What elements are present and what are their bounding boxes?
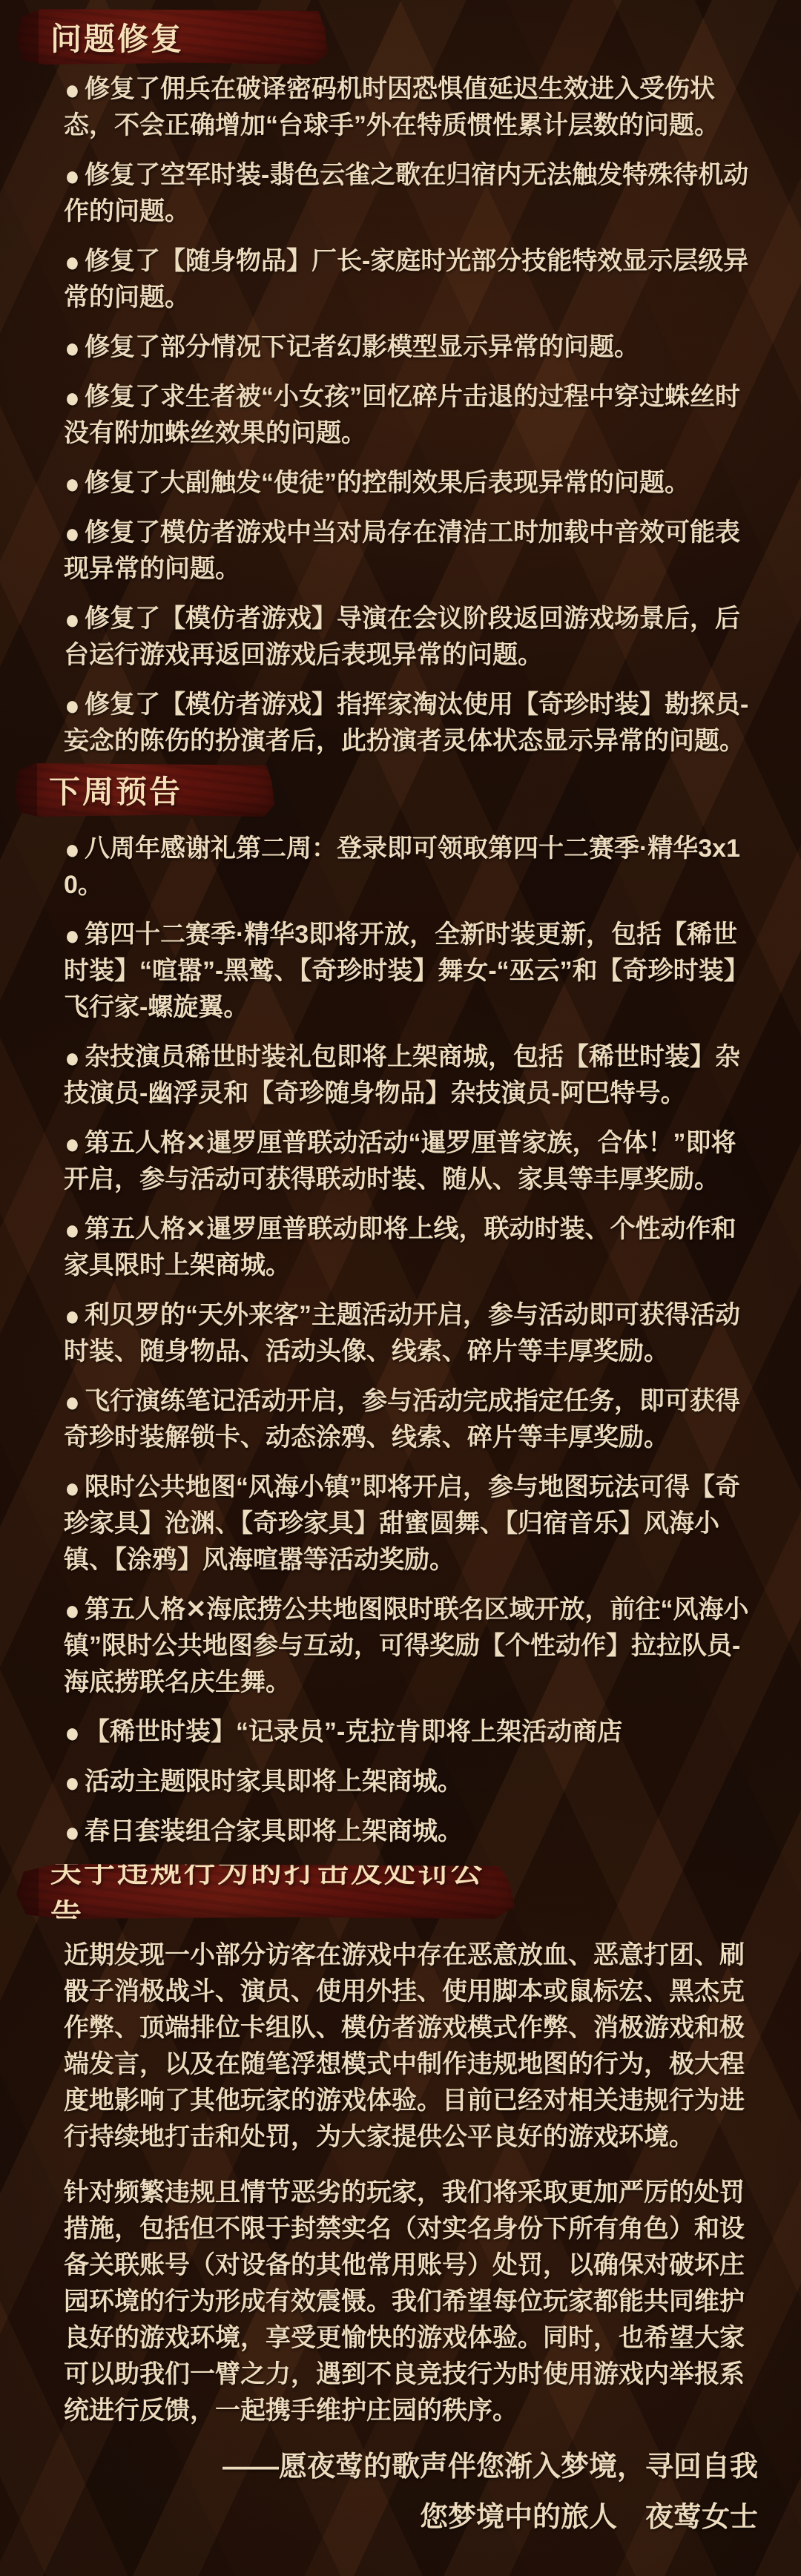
announcement-paragraph: 近期发现一小部分访客在游戏中存在恶意放血、恶意打团、刷骰子消极战斗、演员、使用外… bbox=[64, 1937, 758, 2155]
bullet-item: ●修复了部分情况下记者幻影模型显示异常的问题。 bbox=[64, 329, 758, 366]
bullet-item: ●八周年感谢礼第二周：登录即可领取第四十二赛季·精华3x10。 bbox=[64, 831, 758, 903]
bullet-icon: ● bbox=[65, 1389, 80, 1417]
bullet-item: ●春日套装组合家具即将上架商城。 bbox=[64, 1814, 758, 1850]
section-header-fixes: 问题修复 bbox=[16, 9, 328, 65]
bullet-item: ●修复了模仿者游戏中当对局存在清洁工时加载中音效可能表现异常的问题。 bbox=[64, 515, 758, 587]
section-header-announcement: 关于违规行为的打击及处罚公告 bbox=[16, 1864, 515, 1919]
signature-block: ——愿夜莺的歌声伴您渐入梦境，寻回自我 您梦境中的旅人 夜莺女士 bbox=[64, 2448, 758, 2537]
bullet-icon: ● bbox=[65, 836, 80, 864]
bullet-item-text: 第五人格✕暹罗厘普联动即将上线，联动时装、个性动作和家具限时上架商城。 bbox=[64, 1215, 736, 1279]
bullet-icon: ● bbox=[65, 1769, 80, 1797]
section-header-preview: 下周预告 bbox=[15, 763, 274, 817]
bullet-icon: ● bbox=[65, 606, 80, 634]
bullet-icon: ● bbox=[65, 1819, 80, 1847]
bullet-item-text: 修复了【模仿者游戏】指挥家淘汰使用【奇珍时装】勘探员-妄念的陈伤的扮演者后，此扮… bbox=[64, 691, 748, 755]
bullet-icon: ● bbox=[65, 76, 80, 105]
bullet-item-text: 修复了空军时装-翡色云雀之歌在归宿内无法触发特殊待机动作的问题。 bbox=[64, 161, 748, 225]
bullet-icon: ● bbox=[65, 922, 80, 950]
bullet-icon: ● bbox=[65, 1302, 80, 1331]
bullet-item-text: 修复了【模仿者游戏】导演在会议阶段返回游戏场景后，后台运行游戏再返回游戏后表现异… bbox=[64, 605, 740, 669]
bullet-item: ●第五人格✕海底捞公共地图限时联名区域开放，前往“风海小镇”限时公共地图参与互动… bbox=[64, 1592, 758, 1701]
bullet-icon: ● bbox=[65, 1130, 80, 1159]
bullet-item: ●杂技演员稀世时装礼包即将上架商城，包括【稀世时装】杂技演员-幽浮灵和【奇珍随身… bbox=[64, 1039, 758, 1112]
bullet-item: ●第四十二赛季·精华3即将开放，全新时装更新，包括【稀世时装】“喧嚣”-黑鹫、【… bbox=[64, 917, 758, 1026]
bullet-icon: ● bbox=[65, 1216, 80, 1245]
bullet-item: ●修复了【随身物品】厂长-家庭时光部分技能特效显示层级异常的问题。 bbox=[64, 243, 758, 316]
bullet-item: ●修复了【模仿者游戏】指挥家淘汰使用【奇珍时装】勘探员-妄念的陈伤的扮演者后，此… bbox=[64, 687, 758, 760]
bullet-item: ●修复了【模仿者游戏】导演在会议阶段返回游戏场景后，后台运行游戏再返回游戏后表现… bbox=[64, 601, 758, 673]
fixes-list: ●修复了佣兵在破译密码机时因恐惧值延迟生效进入受伤状态，不会正确增加“台球手”外… bbox=[64, 71, 758, 773]
bullet-item-text: 春日套装组合家具即将上架商城。 bbox=[85, 1817, 463, 1845]
signature-quote: ——愿夜莺的歌声伴您渐入梦境，寻回自我 bbox=[64, 2448, 758, 2486]
bullet-item-text: 【稀世时装】“记录员”-克拉肯即将上架活动商店 bbox=[85, 1718, 622, 1746]
bullet-item: ●利贝罗的“天外来客”主题活动开启，参与活动即可获得活动时装、随身物品、活动头像… bbox=[64, 1297, 758, 1370]
bullet-icon: ● bbox=[65, 248, 80, 277]
announcement-paragraph: 针对频繁违规且情节恶劣的玩家，我们将采取更加严厉的处罚措施，包括但不限于封禁实名… bbox=[64, 2175, 758, 2429]
bullet-item-text: 第四十二赛季·精华3即将开放，全新时装更新，包括【稀世时装】“喧嚣”-黑鹫、【奇… bbox=[64, 920, 749, 1021]
preview-list: ●八周年感谢礼第二周：登录即可领取第四十二赛季·精华3x10。 ●第四十二赛季·… bbox=[64, 831, 758, 1863]
bullet-item-text: 修复了大副触发“使徒”的控制效果后表现异常的问题。 bbox=[85, 469, 690, 497]
bullet-icon: ● bbox=[65, 1597, 80, 1625]
bullet-item: ●修复了空军时装-翡色云雀之歌在归宿内无法触发特殊待机动作的问题。 bbox=[64, 157, 758, 230]
bullet-icon: ● bbox=[65, 1044, 80, 1073]
signature-author: 您梦境中的旅人 夜莺女士 bbox=[64, 2498, 758, 2537]
bullet-item: ●第五人格✕暹罗厘普联动活动“暹罗厘普家族，合体！”即将开启，参与活动可获得联动… bbox=[64, 1125, 758, 1198]
bullet-item-text: 第五人格✕暹罗厘普联动活动“暹罗厘普家族，合体！”即将开启，参与活动可获得联动时… bbox=[64, 1129, 736, 1193]
bullet-item-text: 八周年感谢礼第二周：登录即可领取第四十二赛季·精华3x10。 bbox=[64, 834, 740, 899]
bullet-item-text: 修复了【随身物品】厂长-家庭时光部分技能特效显示层级异常的问题。 bbox=[64, 247, 748, 312]
announcement-page: { "page": { "background_color": "#261107… bbox=[0, 0, 801, 2576]
section-title-fixes: 问题修复 bbox=[50, 15, 184, 59]
bullet-item: ●第五人格✕暹罗厘普联动即将上线，联动时装、个性动作和家具限时上架商城。 bbox=[64, 1211, 758, 1284]
bullet-icon: ● bbox=[65, 520, 80, 548]
section-title-preview: 下周预告 bbox=[49, 768, 182, 812]
bullet-icon: ● bbox=[65, 1475, 80, 1503]
bullet-item-text: 利贝罗的“天外来客”主题活动开启，参与活动即可获得活动时装、随身物品、活动头像、… bbox=[64, 1301, 740, 1366]
bullet-icon: ● bbox=[65, 162, 80, 191]
bullet-item-text: 杂技演员稀世时装礼包即将上架商城，包括【稀世时装】杂技演员-幽浮灵和【奇珍随身物… bbox=[64, 1043, 740, 1107]
bullet-item-text: 飞行演练笔记活动开启，参与活动完成指定任务，即可获得奇珍时装解锁卡、动态涂鸦、线… bbox=[64, 1387, 740, 1452]
bullet-item: ●【稀世时装】“记录员”-克拉肯即将上架活动商店 bbox=[64, 1714, 758, 1750]
bullet-item-text: 第五人格✕海底捞公共地图限时联名区域开放，前往“风海小镇”限时公共地图参与互动，… bbox=[64, 1595, 748, 1696]
bullet-item-text: 修复了佣兵在破译密码机时因恐惧值延迟生效进入受伤状态，不会正确增加“台球手”外在… bbox=[64, 75, 719, 139]
bullet-item: ●修复了求生者被“小女孩”回忆碎片击退的过程中穿过蛛丝时没有附加蛛丝效果的问题。 bbox=[64, 379, 758, 452]
bullet-item: ●修复了佣兵在破译密码机时因恐惧值延迟生效进入受伤状态，不会正确增加“台球手”外… bbox=[64, 71, 758, 144]
bullet-item-text: 修复了模仿者游戏中当对局存在清洁工时加载中音效可能表现异常的问题。 bbox=[64, 518, 740, 583]
bullet-icon: ● bbox=[65, 470, 80, 498]
bullet-item: ●活动主题限时家具即将上架商城。 bbox=[64, 1764, 758, 1800]
bullet-item: ●飞行演练笔记活动开启，参与活动完成指定任务，即可获得奇珍时装解锁卡、动态涂鸦、… bbox=[64, 1383, 758, 1456]
bullet-item-text: 修复了求生者被“小女孩”回忆碎片击退的过程中穿过蛛丝时没有附加蛛丝效果的问题。 bbox=[64, 383, 740, 447]
bullet-item-text: 活动主题限时家具即将上架商城。 bbox=[85, 1768, 463, 1796]
bullet-item-text: 限时公共地图“风海小镇”即将开启，参与地图玩法可得【奇珍家具】沧渊、【奇珍家具】… bbox=[64, 1473, 740, 1574]
bullet-icon: ● bbox=[65, 335, 80, 363]
bullet-icon: ● bbox=[65, 692, 80, 720]
bullet-icon: ● bbox=[65, 384, 80, 412]
bullet-item: ●修复了大副触发“使徒”的控制效果后表现异常的问题。 bbox=[64, 465, 758, 501]
bullet-icon: ● bbox=[65, 1719, 80, 1747]
bullet-item: ●限时公共地图“风海小镇”即将开启，参与地图玩法可得【奇珍家具】沧渊、【奇珍家具… bbox=[64, 1469, 758, 1578]
bullet-item-text: 修复了部分情况下记者幻影模型显示异常的问题。 bbox=[85, 333, 639, 361]
announcement-paragraphs: 近期发现一小部分访客在游戏中存在恶意放血、恶意打团、刷骰子消极战斗、演员、使用外… bbox=[64, 1937, 758, 2448]
